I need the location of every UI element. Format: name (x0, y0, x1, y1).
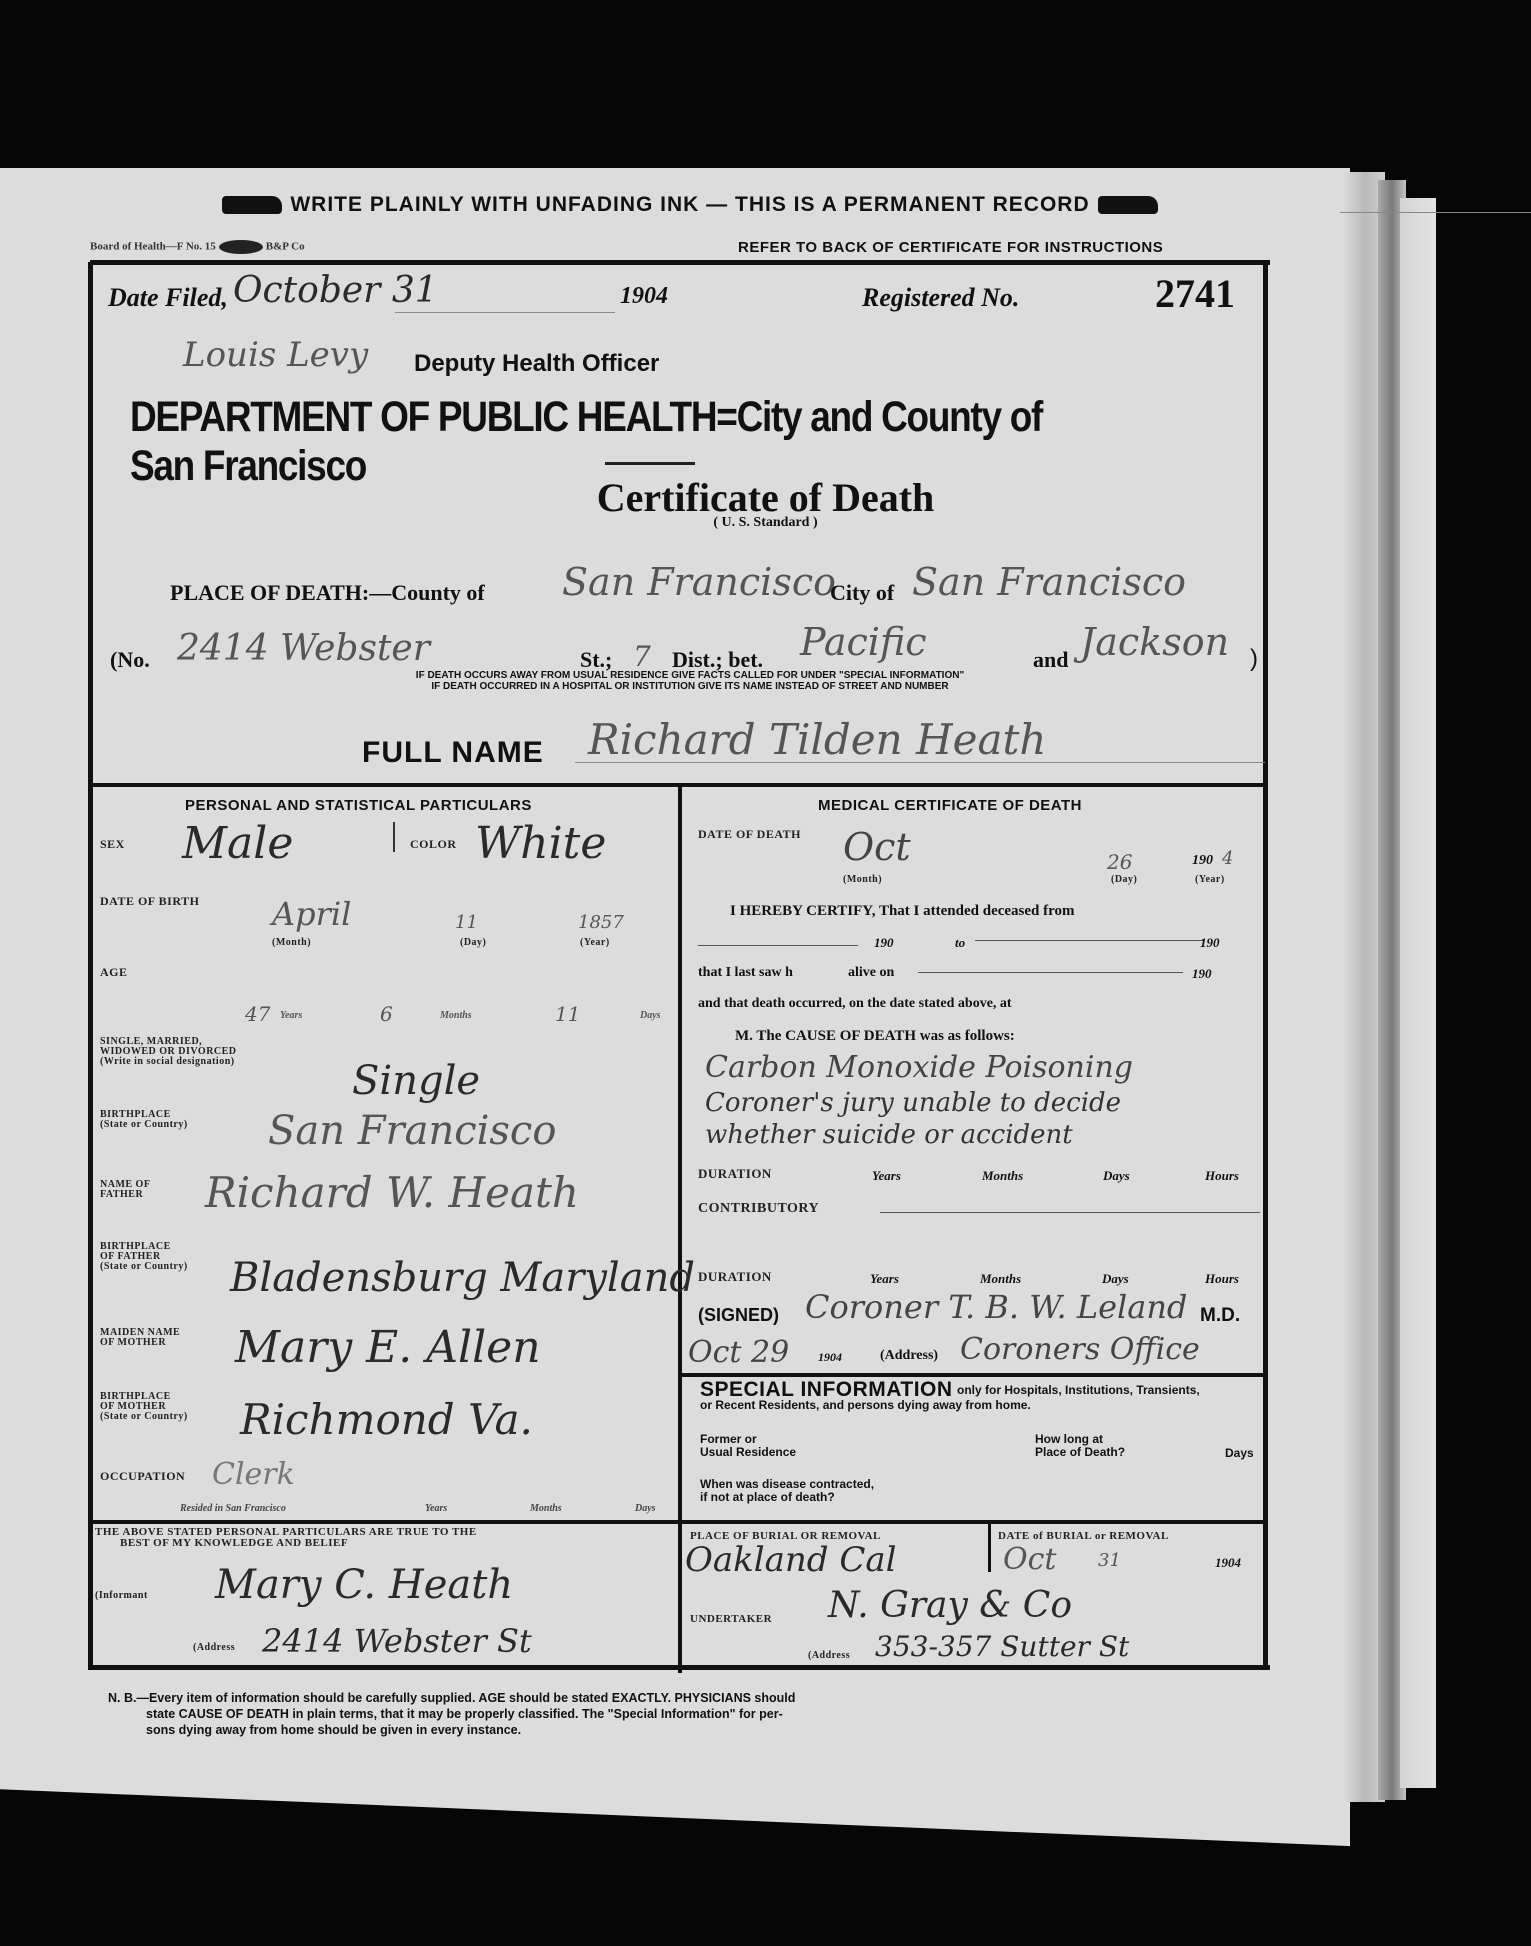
age-years-caption: Years (280, 1010, 302, 1021)
color-label: COLOR (410, 838, 457, 850)
undertaker-value: N. Gray & Co (828, 1585, 1072, 1626)
underline (395, 312, 615, 313)
duration-label-1: DURATION (698, 1168, 772, 1180)
duration-months-1: Months (982, 1168, 1023, 1184)
dod-year-caption: (Year) (1195, 874, 1225, 886)
death-occurred-text: and that death occurred, on the date sta… (698, 996, 1012, 1012)
age-years: 47 (245, 1002, 270, 1026)
date-filed-year: 1904 (620, 283, 668, 310)
burial-date-day: 31 (1098, 1550, 1121, 1571)
mother-birthplace-value: Richmond Va. (240, 1395, 533, 1444)
underline (698, 945, 858, 946)
note-line-1: IF DEATH OCCURS AWAY FROM USUAL RESIDENC… (240, 670, 1140, 681)
how-long-2: Place of Death? (1035, 1446, 1125, 1459)
footnote-line-2: state CAUSE OF DEATH in plain terms, tha… (108, 1706, 795, 1722)
how-long-label: How long at Place of Death? (1035, 1433, 1125, 1459)
last-saw-text: that I last saw h (698, 965, 793, 981)
footnote-line-1: N. B.—Every item of information should b… (108, 1690, 795, 1706)
burial-place: Oakland Cal (685, 1540, 897, 1580)
union-seal-icon (219, 240, 263, 254)
printer-text: B&P Co (266, 241, 305, 253)
city-value: San Francisco (912, 560, 1186, 604)
district-value: 7 (633, 640, 651, 673)
informant-statement: THE ABOVE STATED PERSONAL PARTICULARS AR… (95, 1527, 477, 1549)
pointing-hand-icon (1098, 196, 1158, 214)
duration-years-2: Years (870, 1271, 899, 1287)
registered-number: 2741 (1155, 270, 1235, 317)
to-label: to (955, 935, 965, 951)
md-label: M.D. (1200, 1305, 1240, 1327)
column-divider (678, 783, 682, 1673)
father-birthplace-label: BIRTHPLACE OF FATHER (State or Country) (100, 1242, 188, 1272)
contracted-2: if not at place of death? (700, 1491, 874, 1504)
undertaker-address-label: (Address (808, 1650, 850, 1662)
father-label: NAME OF FATHER (100, 1180, 150, 1200)
father-birthplace-value: Bladensburg Maryland (230, 1255, 695, 1301)
cause-line-2: Coroner's jury unable to decide (705, 1088, 1121, 1118)
residence-note: IF DEATH OCCURS AWAY FROM USUAL RESIDENC… (240, 670, 1140, 692)
full-name-label: FULL NAME (362, 736, 544, 770)
informant-label: (Informant (95, 1590, 148, 1602)
former-label-2: Usual Residence (700, 1446, 796, 1459)
occupation-value: Clerk (212, 1457, 295, 1492)
contributory-label: CONTRIBUTORY (698, 1203, 819, 1215)
dod-day: 26 (1107, 850, 1132, 874)
duration-label-2: DURATION (698, 1271, 772, 1283)
age-months: 6 (380, 1002, 393, 1026)
cause-line-3: whether suicide or accident (705, 1120, 1073, 1150)
mother-bp-label-3: (State or Country) (100, 1412, 188, 1422)
marital-value: Single (352, 1058, 480, 1104)
birthplace-label: BIRTHPLACE (State or Country) (100, 1110, 188, 1130)
dob-year: 1857 (578, 912, 624, 933)
dod-month: Oct (843, 825, 911, 869)
pointing-hand-icon (222, 196, 282, 214)
dob-month: April (272, 895, 351, 933)
duration-days-2: Days (1102, 1271, 1129, 1287)
county-value: San Francisco (562, 560, 836, 604)
dod-day-caption: (Day) (1111, 874, 1137, 886)
registered-label: Registered No. (862, 283, 1019, 313)
color-value: White (475, 818, 606, 869)
banner: WRITE PLAINLY WITH UNFADING INK — THIS I… (145, 193, 1235, 217)
city-label: City of (830, 580, 894, 606)
undertaker-address: 353-357 Sutter St (875, 1630, 1129, 1663)
between-street-2: Jackson (1080, 620, 1229, 664)
age-label: AGE (100, 966, 128, 978)
father-label-2: FATHER (100, 1190, 150, 1200)
burial-date-month: Oct (1003, 1542, 1056, 1577)
former-residence-label: Former or Usual Residence (700, 1433, 796, 1459)
bottom-rule (88, 1665, 1270, 1670)
medical-section-title: MEDICAL CERTIFICATE OF DEATH (818, 797, 1082, 814)
cause-of-death-label: M. The CAUSE OF DEATH was as follows: (735, 1028, 1015, 1045)
close-paren: ) (1250, 645, 1258, 673)
age-days: 11 (555, 1002, 580, 1026)
age-days-caption: Days (640, 1010, 661, 1021)
certificate-title: Certificate of Death (0, 474, 1531, 521)
father-value: Richard W. Heath (205, 1168, 579, 1217)
age-months-caption: Months (440, 1010, 472, 1021)
duration-years-1: Years (872, 1168, 901, 1184)
dod-month-caption: (Month) (843, 874, 882, 886)
signed-year: 1904 (818, 1350, 842, 1365)
underline (975, 940, 1205, 941)
occupation-label: OCCUPATION (100, 1470, 185, 1482)
medical-address-label: (Address) (880, 1348, 938, 1364)
marital-label: SINGLE, MARRIED, WIDOWED OR DIVORCED (Wr… (100, 1037, 237, 1067)
burial-divider (988, 1522, 991, 1572)
month-caption: (Month) (272, 937, 311, 949)
special-note-1: only for Hospitals, Institutions, Transi… (957, 1383, 1200, 1397)
birthplace-value: San Francisco (268, 1108, 556, 1154)
duration-hours-1: Hours (1205, 1168, 1239, 1184)
informant-address: 2414 Webster St (262, 1622, 532, 1660)
dob-label: DATE OF BIRTH (100, 895, 199, 907)
signed-label: (SIGNED) (698, 1305, 779, 1326)
cause-line-1: Carbon Monoxide Poisoning (705, 1050, 1133, 1085)
burial-date-year: 1904 (1215, 1555, 1241, 1571)
date-filed-label: Date Filed, (108, 283, 228, 313)
alive-on-text: alive on (848, 965, 894, 981)
resided-days: Days (635, 1503, 656, 1514)
officer-signature: Louis Levy (183, 335, 368, 375)
resided-months: Months (530, 1503, 562, 1514)
duration-months-2: Months (980, 1271, 1021, 1287)
father-bp-label-3: (State or Country) (100, 1262, 188, 1272)
burial-date-label: DATE of BURIAL or REMOVAL (998, 1530, 1169, 1542)
marital-label-3: (Write in social designation) (100, 1057, 237, 1067)
duration-days-1: Days (1103, 1168, 1130, 1184)
sex-color-divider (393, 822, 395, 852)
mother-label: MAIDEN NAME OF MOTHER (100, 1328, 180, 1348)
banner-text: WRITE PLAINLY WITH UNFADING INK — THIS I… (290, 193, 1089, 216)
street-address-value: 2414 Webster (177, 628, 430, 669)
from-190: 190 (874, 935, 894, 951)
mother-value: Mary E. Allen (235, 1322, 541, 1373)
full-name-value: Richard Tilden Heath (588, 715, 1046, 764)
underline (880, 1212, 1260, 1213)
medical-address: Coroners Office (960, 1332, 1200, 1367)
special-rule (680, 1373, 1268, 1377)
underline (575, 762, 1265, 763)
special-note-2: or Recent Residents, and persons dying a… (700, 1398, 1031, 1412)
sex-label: SEX (100, 838, 125, 850)
sex-value: Male (182, 818, 293, 869)
informant-rule (90, 1520, 680, 1524)
informant-statement-2: BEST OF MY KNOWLEDGE AND BELIEF (95, 1538, 477, 1549)
date-filed-month-day: October 31 (233, 270, 438, 311)
burial-rule (680, 1520, 1268, 1524)
year-caption: (Year) (580, 937, 610, 949)
title-rule (605, 462, 695, 465)
footnote: N. B.—Every item of information should b… (108, 1690, 795, 1738)
dod-year-suffix: 4 (1222, 848, 1233, 869)
how-long-days: Days (1225, 1446, 1254, 1460)
book-page-edge-outer (1400, 198, 1436, 1788)
street-no-label: (No. (110, 647, 150, 673)
scan-artifact-line (1340, 212, 1531, 213)
certify-text: I HEREBY CERTIFY, That I attended deceas… (730, 903, 1075, 920)
dod-label: DATE OF DEATH (698, 828, 801, 840)
certificate-subtitle: ( U. S. Standard ) (0, 515, 1531, 531)
dob-day: 11 (455, 912, 478, 933)
officer-title: Deputy Health Officer (414, 350, 659, 378)
between-street-1: Pacific (800, 620, 927, 664)
signed-value: Coroner T. B. W. Leland (805, 1288, 1187, 1326)
place-of-death-label: PLACE OF DEATH:—County of (170, 580, 485, 606)
note-line-2: IF DEATH OCCURRED IN A HOSPITAL OR INSTI… (240, 681, 1140, 692)
signed-date: Oct 29 (688, 1335, 789, 1370)
day-caption: (Day) (460, 937, 486, 949)
informant-name: Mary C. Heath (215, 1562, 513, 1608)
refer-instructions: REFER TO BACK OF CERTIFICATE FOR INSTRUC… (738, 239, 1163, 256)
dod-year-prefix: 190 (1192, 853, 1213, 869)
form-number: Board of Health—F No. 15B&P Co (90, 240, 305, 254)
informant-address-label: (Address (193, 1642, 235, 1654)
undertaker-label: UNDERTAKER (690, 1613, 772, 1625)
birthplace-label-2: (State or Country) (100, 1120, 188, 1130)
resided-label: Resided in San Francisco (180, 1503, 286, 1514)
duration-hours-2: Hours (1205, 1271, 1239, 1287)
mother-birthplace-label: BIRTHPLACE OF MOTHER (State or Country) (100, 1392, 188, 1422)
mother-label-2: OF MOTHER (100, 1338, 180, 1348)
underline (918, 972, 1183, 973)
form-number-text: Board of Health—F No. 15 (90, 241, 216, 253)
personal-section-title: PERSONAL AND STATISTICAL PARTICULARS (185, 797, 532, 814)
to-190: 190 (1200, 935, 1220, 951)
alive-190: 190 (1192, 966, 1212, 982)
footnote-line-3: sons dying away from home should be give… (108, 1722, 795, 1738)
contracted-label: When was disease contracted, if not at p… (700, 1478, 874, 1504)
resided-years: Years (425, 1503, 447, 1514)
